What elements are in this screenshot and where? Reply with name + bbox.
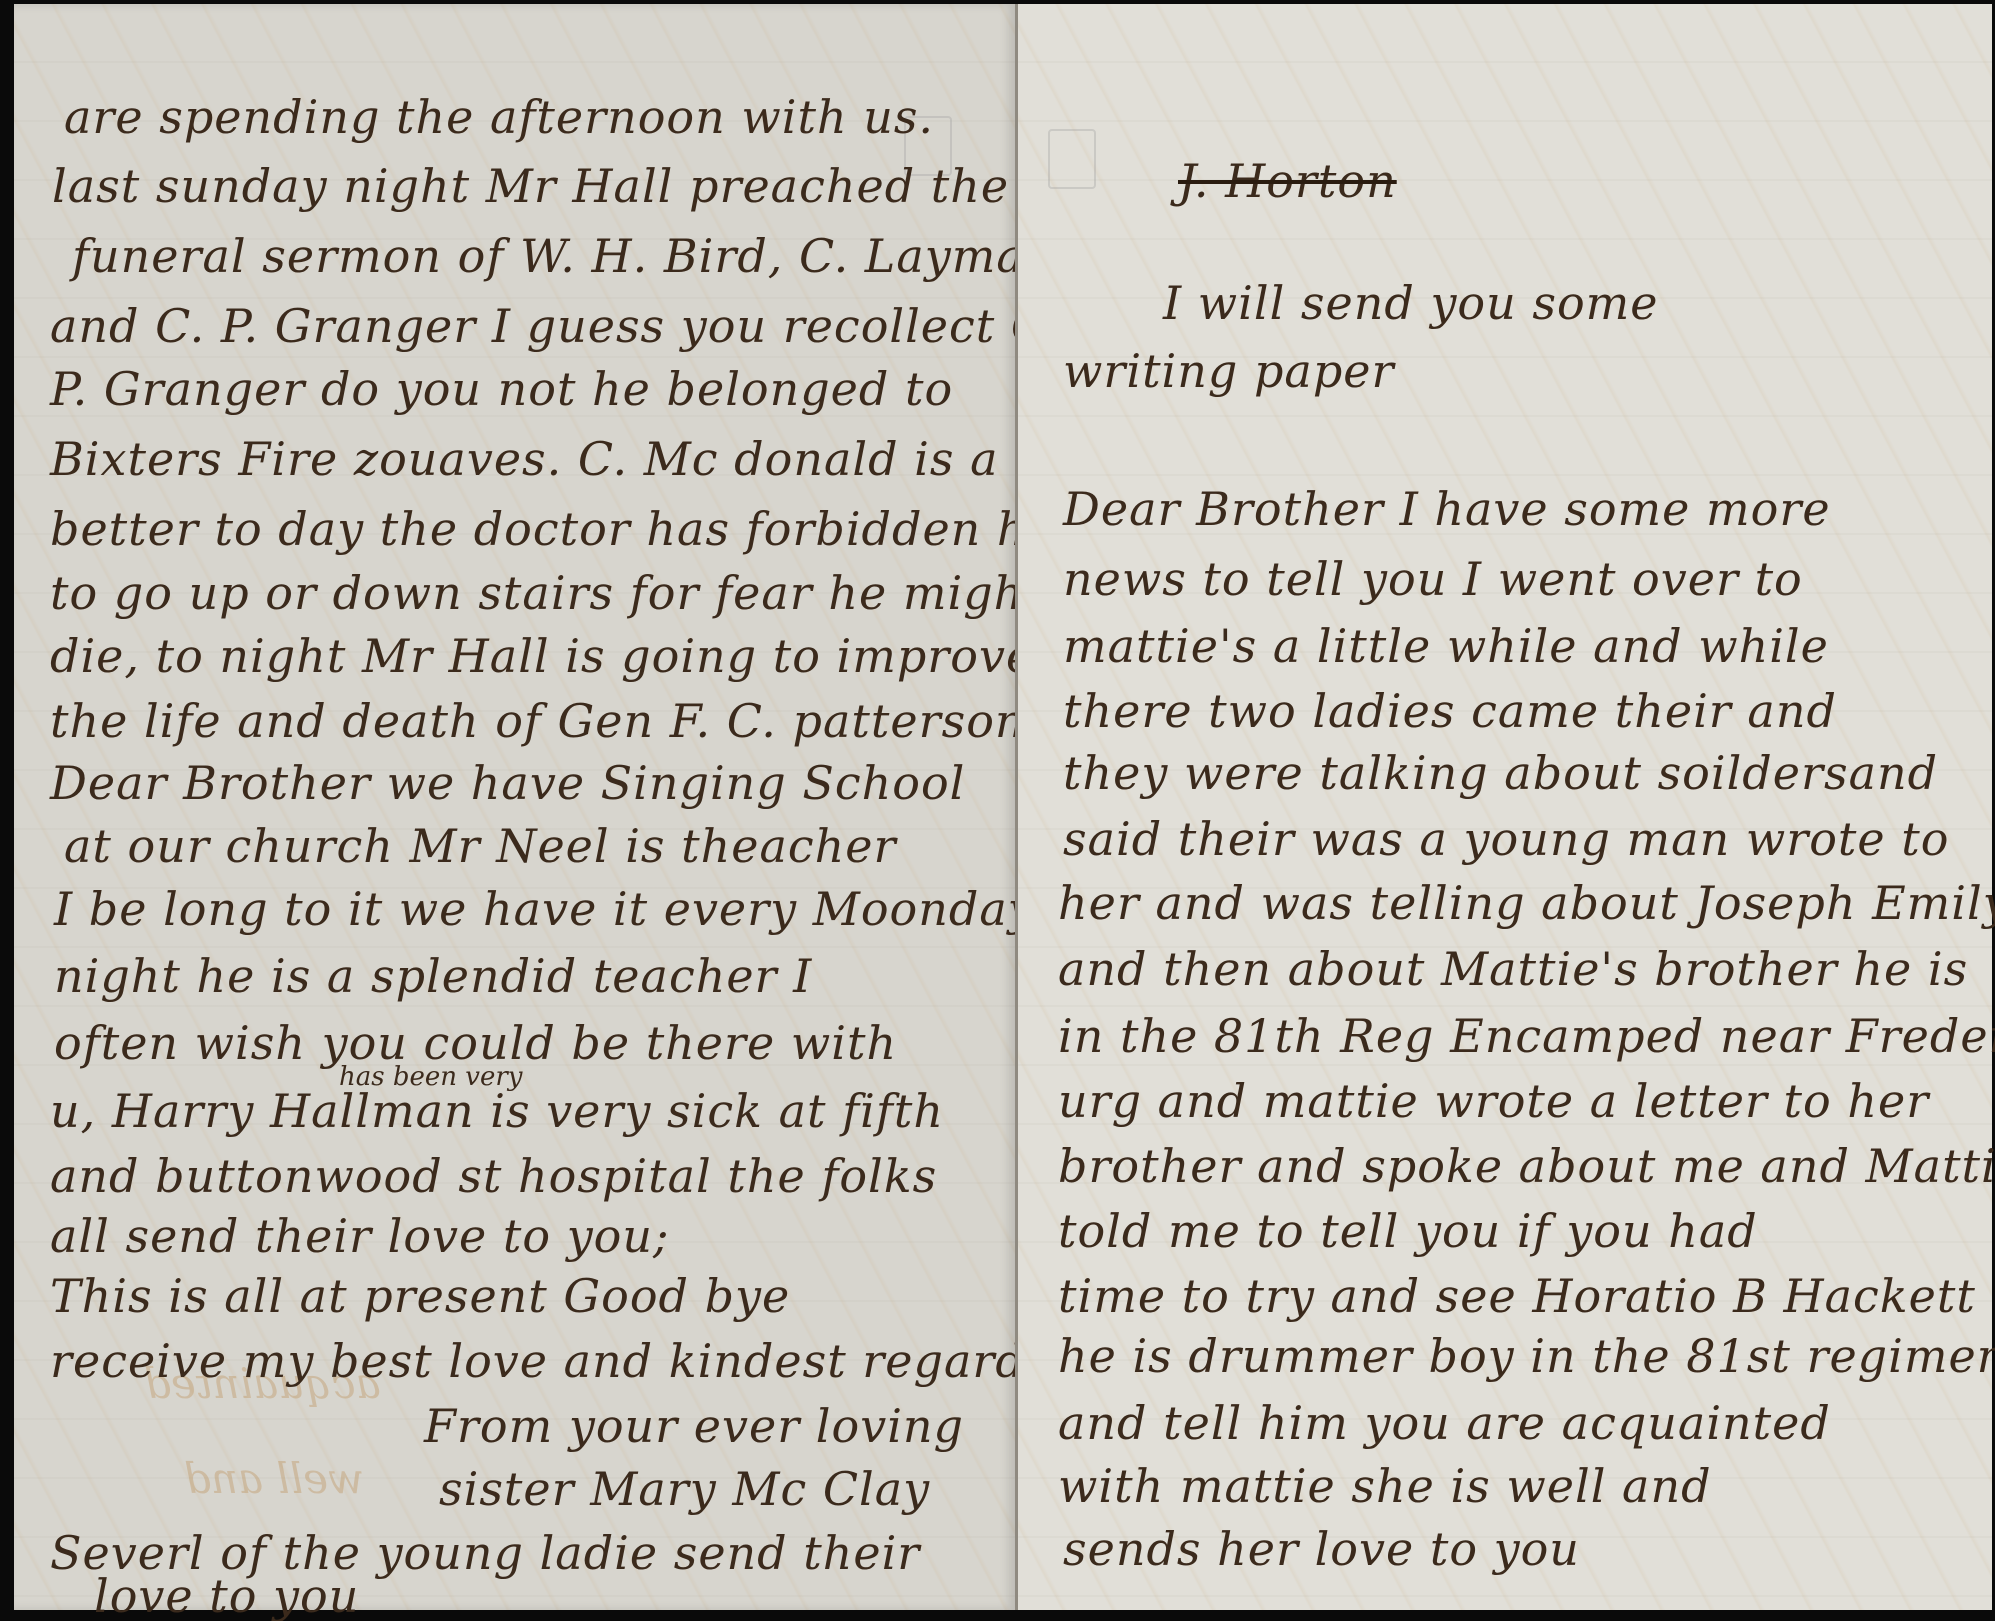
ink-bleed-through: well and bbox=[184, 1454, 364, 1503]
text-line: last sunday night Mr Hall preached the bbox=[52, 159, 1009, 213]
text-line: and C. P. Granger I guess you recollect … bbox=[50, 299, 1061, 353]
text-line: Dear Brother I have some more bbox=[1063, 482, 1831, 536]
text-line: urg and mattie wrote a letter to her bbox=[1058, 1074, 1929, 1128]
text-line: said their was a young man wrote to bbox=[1063, 812, 1949, 866]
text-line: mattie's a little while and while bbox=[1063, 619, 1829, 673]
text-line: love to you bbox=[94, 1569, 359, 1621]
text-line: and tell him you are acquainted bbox=[1058, 1396, 1831, 1450]
text-line: her and was telling about Joseph Emily bbox=[1058, 876, 1995, 930]
text-line: to go up or down stairs for fear he migh… bbox=[50, 566, 1044, 620]
text-line: night he is a splendid teacher I bbox=[54, 949, 812, 1003]
text-line: all send their love to you; bbox=[50, 1209, 670, 1263]
struck-heading: J. Horton bbox=[1178, 154, 1397, 208]
text-line: brother and spoke about me and Mattie bbox=[1058, 1139, 1995, 1193]
text-line: better to day the doctor has forbidden h… bbox=[50, 502, 1088, 556]
text-line: receive my best love and kindest regards bbox=[50, 1334, 1050, 1388]
text-line: time to try and see Horatio B Hackett bbox=[1058, 1269, 1976, 1323]
text-line: the life and death of Gen F. C. patterso… bbox=[50, 694, 1026, 748]
left-page: acquainted well and are spending the aft… bbox=[14, 4, 1015, 1610]
text-line: there two ladies came their and bbox=[1063, 684, 1837, 738]
text-line: told me to tell you if you had bbox=[1058, 1204, 1758, 1258]
text-line: are spending the afternoon with us. bbox=[64, 90, 934, 144]
signature: sister Mary Mc Clay bbox=[439, 1462, 930, 1516]
text-line: u, Harry Hallman is very sick at fifth bbox=[50, 1084, 944, 1138]
text-line: and then about Mattie's brother he is bbox=[1058, 942, 1968, 996]
right-page: J. Horton I will send you some writing p… bbox=[1015, 4, 1992, 1610]
text-line: funeral sermon of W. H. Bird, C. Layman. bbox=[72, 229, 1071, 283]
text-line: P. Granger do you not he belonged to bbox=[50, 362, 953, 416]
text-line: This is all at present Good bye bbox=[50, 1269, 790, 1323]
text-line: I be long to it we have it every Moonday bbox=[54, 882, 1035, 936]
text-line: at our church Mr Neel is theacher bbox=[64, 819, 897, 873]
text-line: Dear Brother we have Singing School bbox=[50, 756, 965, 810]
text-line: in the 81th Reg Encamped near Fredersb bbox=[1058, 1009, 1995, 1063]
text-line: Bixters Fire zouaves. C. Mc donald is a … bbox=[50, 432, 1128, 486]
text-line: I will send you some bbox=[1163, 276, 1659, 330]
text-line: they were talking about soildersand bbox=[1063, 746, 1938, 800]
closing-line: From your ever loving bbox=[424, 1399, 964, 1453]
embossed-stamp bbox=[1048, 129, 1096, 189]
text-line: die, to night Mr Hall is going to improv… bbox=[50, 629, 1034, 683]
text-line: writing paper bbox=[1063, 344, 1395, 398]
text-line: he is drummer boy in the 81st regiment bbox=[1058, 1329, 1995, 1383]
text-line: news to tell you I went over to bbox=[1063, 552, 1803, 606]
letter-spread: acquainted well and are spending the aft… bbox=[14, 4, 1992, 1610]
text-line: and buttonwood st hospital the folks bbox=[50, 1149, 937, 1203]
text-line: with mattie she is well and bbox=[1058, 1459, 1712, 1513]
text-line: sends her love to you bbox=[1063, 1522, 1580, 1576]
